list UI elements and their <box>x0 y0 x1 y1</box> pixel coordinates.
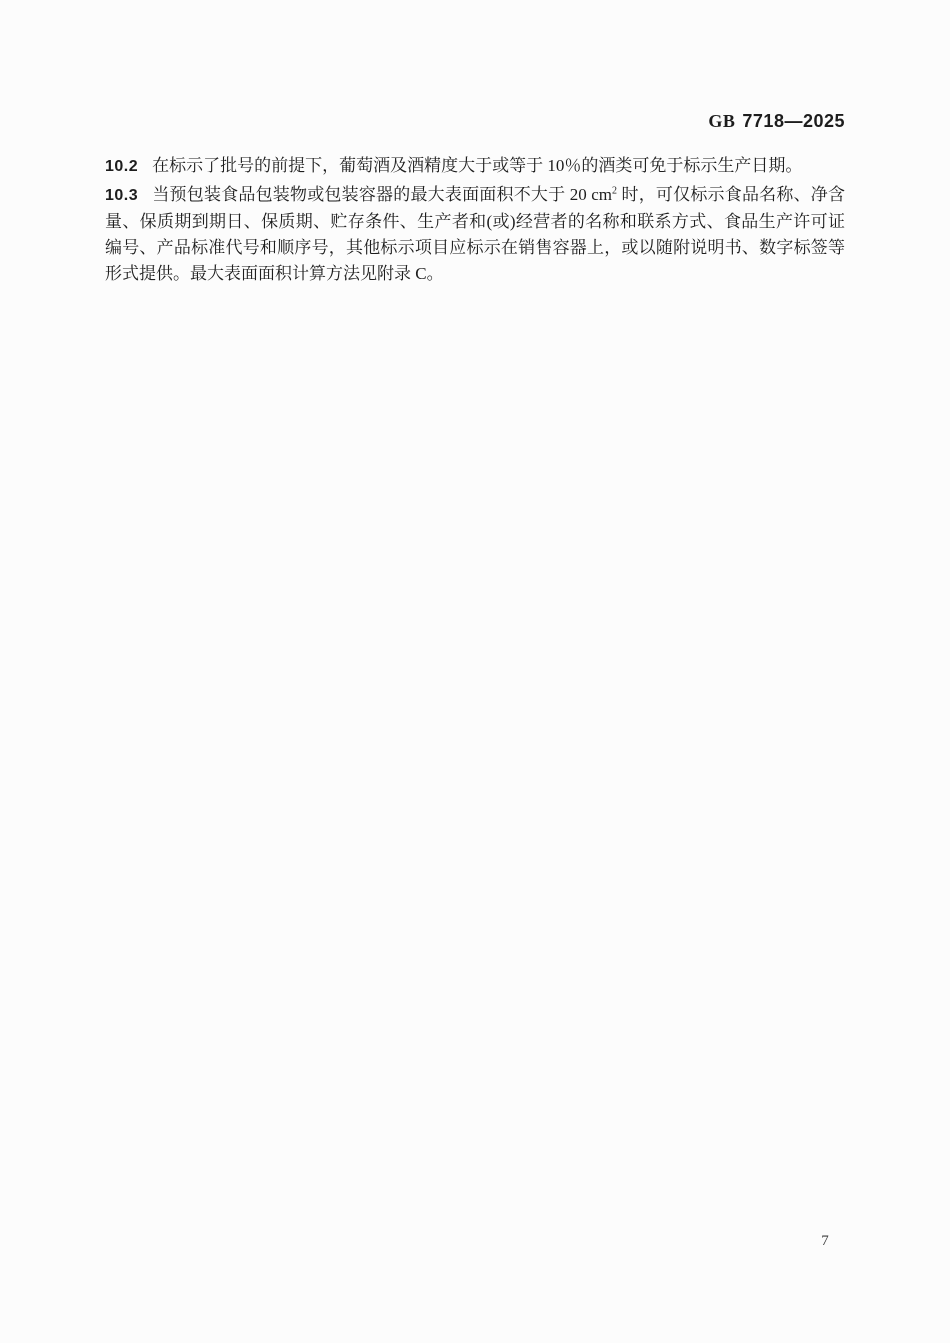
clause-10-3-text: 当预包装食品包装物或包装容器的最大表面面积不大于 20 cm2 时，可仅标示食品… <box>105 185 845 283</box>
clause-10-3-text-part-1: 当预包装食品包装物或包装容器的最大表面面积不大于 20 cm <box>152 185 612 204</box>
standard-prefix: GB <box>708 111 735 131</box>
clause-10-2-number: 10.2 <box>105 158 138 175</box>
standard-code: 7718—2025 <box>742 111 845 131</box>
clause-10-3-number: 10.3 <box>105 187 138 204</box>
clause-10-2: 10.2在标示了批号的前提下，葡萄酒及酒精度大于或等于 10％的酒类可免于标示生… <box>105 153 845 180</box>
document-page: GB7718—2025 10.2在标示了批号的前提下，葡萄酒及酒精度大于或等于 … <box>0 0 950 1343</box>
clause-10-3: 10.3当预包装食品包装物或包装容器的最大表面面积不大于 20 cm2 时，可仅… <box>105 182 845 287</box>
page-number: 7 <box>805 1233 845 1250</box>
standard-number-header: GB7718—2025 <box>105 111 845 132</box>
clause-10-2-text: 在标示了批号的前提下，葡萄酒及酒精度大于或等于 10％的酒类可免于标示生产日期。 <box>152 156 802 175</box>
document-body: 10.2在标示了批号的前提下，葡萄酒及酒精度大于或等于 10％的酒类可免于标示生… <box>105 153 845 289</box>
